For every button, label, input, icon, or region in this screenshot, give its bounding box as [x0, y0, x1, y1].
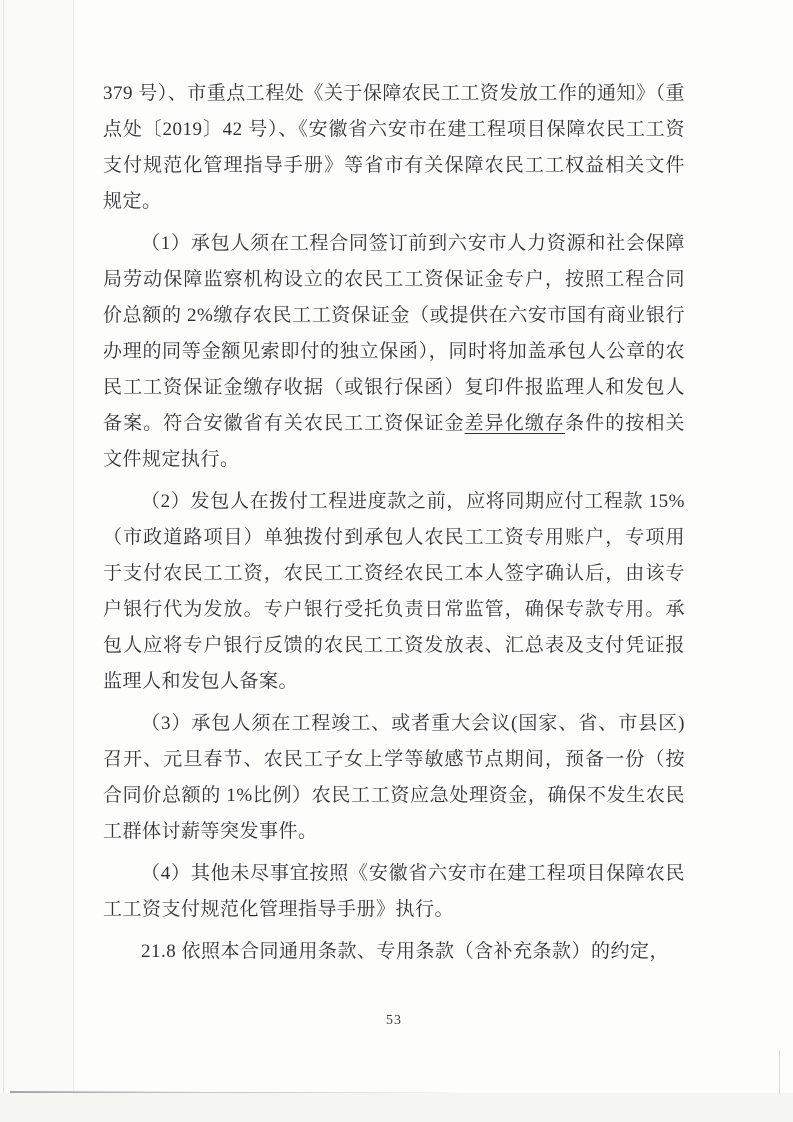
- scan-below-page-area: [0, 1093, 793, 1122]
- paragraph-item-3: （3）承包人须在工程竣工、或者重大会议(国家、省、市县区)召开、元旦春节、农民工…: [103, 706, 685, 850]
- scan-left-gutter: [0, 0, 74, 1093]
- scan-left-edge-line: [3, 0, 4, 1093]
- body-text: 379 号）、市重点工程处《关于保障农民工工资发放工作的通知》（重点处〔2019…: [103, 76, 685, 976]
- paragraph-item-1: （1）承包人须在工程合同签订前到六安市人力资源和社会保障局劳动保障监察机构设立的…: [103, 226, 685, 478]
- paragraph-continuation: 379 号）、市重点工程处《关于保障农民工工资发放工作的通知》（重点处〔2019…: [103, 76, 685, 220]
- paragraph-item-4: （4）其他未尽事宜按照《安徽省六安市在建工程项目保障农民工工资支付规范化管理指导…: [103, 856, 685, 928]
- paragraph-text-segment: （1）承包人须在工程合同签订前到六安市人力资源和社会保障局劳动保障监察机构设立的…: [103, 233, 685, 434]
- page-number: 53: [103, 1013, 685, 1029]
- paragraph-item-2: （2）发包人在拨付工程进度款之前，应将同期应付工程款 15%（市政道路项目）单独…: [103, 484, 685, 700]
- scan-right-edge-line: [779, 1050, 780, 1094]
- document-page: 379 号）、市重点工程处《关于保障农民工工资发放工作的通知》（重点处〔2019…: [0, 0, 793, 1122]
- paragraph-clause-21-8: 21.8 依照本合同通用条款、专用条款（含补充条款）的约定，: [103, 934, 685, 970]
- underlined-term: 差异化缴存: [465, 413, 565, 434]
